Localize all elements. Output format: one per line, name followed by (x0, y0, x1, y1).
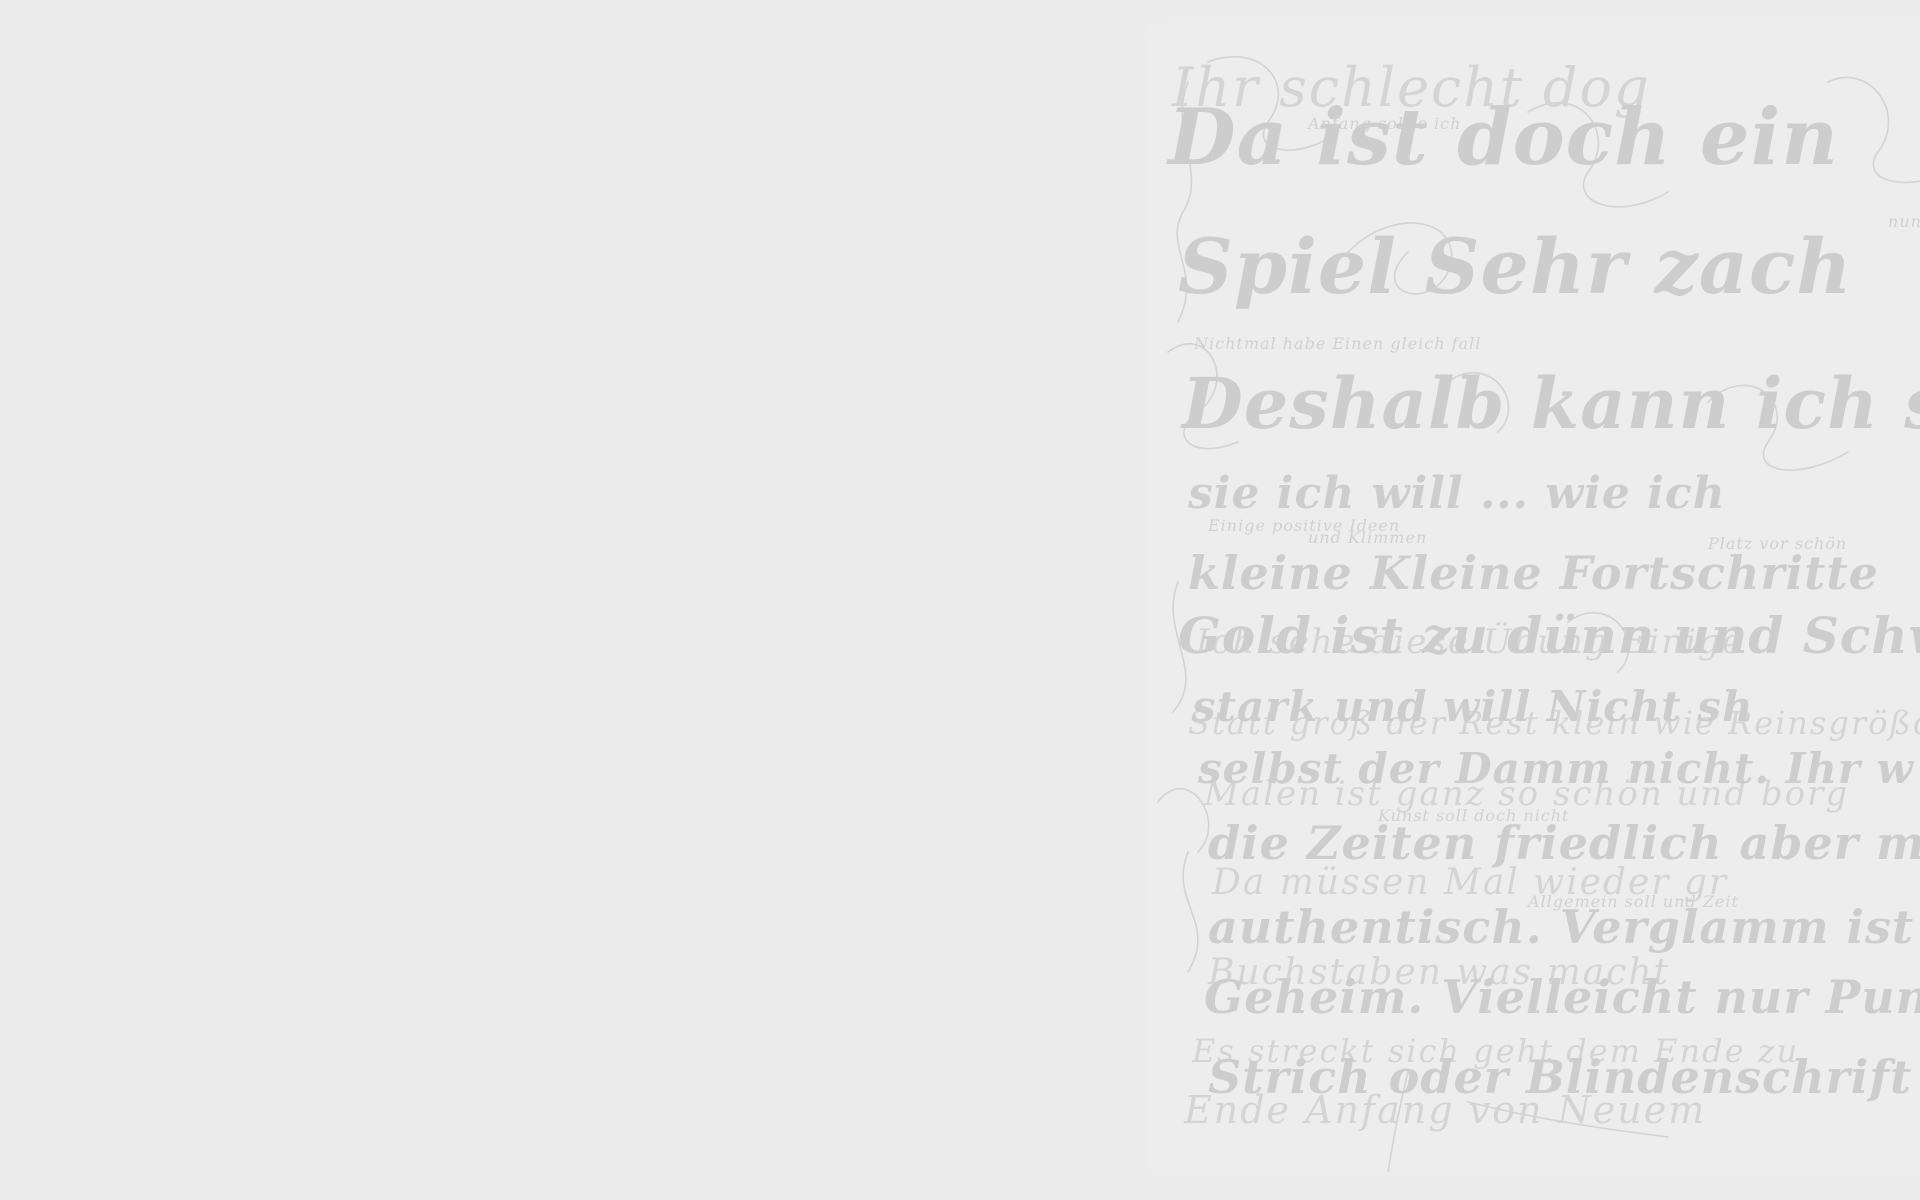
handwriting-line: Deshalb kann ich sch (1182, 362, 1920, 445)
handwriting-line: Gold ist zu dünn und Schwarz (1178, 606, 1920, 665)
handwriting-line: sie ich will ... wie ich (1188, 468, 1726, 519)
handwriting-line: selbst der Damm nicht. Ihr w (1198, 744, 1914, 793)
handwriting-line: Spiel Sehr zach (1178, 222, 1853, 311)
handwriting-line: kleine Kleine Fortschritte (1188, 546, 1879, 600)
handwriting-line: die Zeiten friedlich aber mig (1208, 816, 1920, 870)
handwriting-line: Geheim. Vielleicht nur Punkt (1204, 970, 1920, 1024)
desktop-background: Ihr schlecht dog Ich sehe diese Übung Ei… (0, 0, 1920, 1200)
bold-handwriting-layer: Da ist doch ein Spiel Sehr zach Deshalb … (1148, 22, 1920, 1172)
handwriting-line: Strich oder Blindenschrift (1208, 1050, 1912, 1104)
handwriting-line: stark und will Nicht sh (1192, 682, 1753, 731)
handwriting-artwork: Ihr schlecht dog Ich sehe diese Übung Ei… (1148, 22, 1920, 1172)
handwriting-line: Da ist doch ein (1168, 92, 1839, 183)
handwriting-line: authentisch. Verglamm ist a (1208, 900, 1920, 954)
